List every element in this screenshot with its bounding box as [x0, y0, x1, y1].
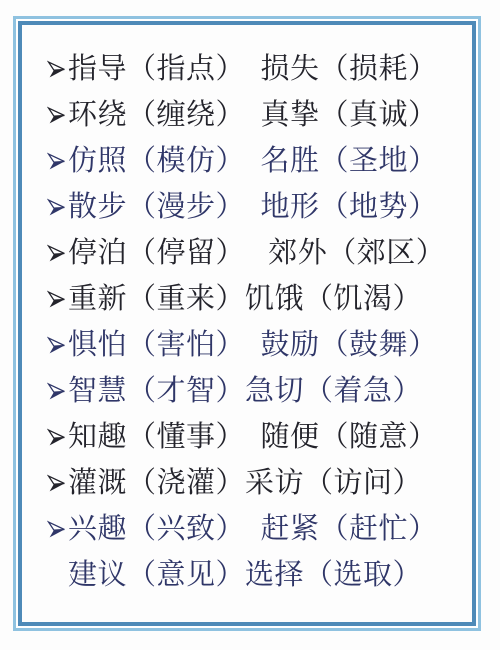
synonym-row: 仿照（模仿） 名胜（圣地） — [47, 138, 466, 184]
synonym-pair-text: 知趣（懂事） 随便（随意） — [68, 423, 438, 452]
synonym-row: 知趣（懂事） 随便（随意） — [47, 414, 466, 460]
synonym-pair-text: 兴趣（兴致） 赶紧（赶忙） — [68, 515, 438, 544]
synonym-pair-text: 散步（漫步） 地形（地势） — [68, 193, 438, 222]
synonym-row: 指导（指点） 损失（损耗） — [47, 46, 466, 92]
synonym-row: 散步（漫步） 地形（地势） — [47, 184, 466, 230]
outer-frame-border: 指导（指点） 损失（损耗） 环绕（缠绕） 真挚（真诚） 仿照（模仿） 名胜（圣地… — [13, 16, 481, 631]
arrowhead-bullet-icon — [47, 105, 68, 125]
arrowhead-bullet-icon — [47, 519, 68, 539]
arrowhead-bullet-icon — [47, 151, 68, 171]
arrowhead-bullet-icon — [47, 381, 68, 401]
arrowhead-bullet-icon — [47, 59, 68, 79]
synonym-pair-text: 灌溉（浇灌）采访（访问） — [68, 469, 422, 498]
synonym-pair-text: 惧怕（害怕） 鼓励（鼓舞） — [68, 331, 438, 360]
arrowhead-bullet-icon — [47, 335, 68, 355]
synonym-row: 智慧（才智）急切（着急） — [47, 368, 466, 414]
synonym-pair-text: 仿照（模仿） 名胜（圣地） — [68, 147, 438, 176]
arrowhead-bullet-icon — [47, 565, 68, 585]
synonym-pair-text: 建议（意见）选择（选取） — [68, 561, 422, 590]
synonym-pair-text: 指导（指点） 损失（损耗） — [68, 55, 438, 84]
arrowhead-bullet-icon — [47, 289, 68, 309]
arrowhead-bullet-icon — [47, 427, 68, 447]
synonym-list: 指导（指点） 损失（损耗） 环绕（缠绕） 真挚（真诚） 仿照（模仿） 名胜（圣地… — [22, 25, 472, 598]
synonym-row: 建议（意见）选择（选取） — [47, 552, 466, 598]
arrowhead-bullet-icon — [47, 197, 68, 217]
page-canvas: 指导（指点） 损失（损耗） 环绕（缠绕） 真挚（真诚） 仿照（模仿） 名胜（圣地… — [0, 0, 500, 650]
synonym-row: 停泊（停留） 郊外（郊区） — [47, 230, 466, 276]
synonym-row: 兴趣（兴致） 赶紧（赶忙） — [47, 506, 466, 552]
arrowhead-bullet-icon — [47, 243, 68, 263]
inner-frame-border: 指导（指点） 损失（损耗） 环绕（缠绕） 真挚（真诚） 仿照（模仿） 名胜（圣地… — [18, 21, 476, 626]
synonym-row: 环绕（缠绕） 真挚（真诚） — [47, 92, 466, 138]
synonym-pair-text: 重新（重来）饥饿（饥渴） — [68, 285, 422, 314]
synonym-row: 重新（重来）饥饿（饥渴） — [47, 276, 466, 322]
synonym-row: 灌溉（浇灌）采访（访问） — [47, 460, 466, 506]
arrowhead-bullet-icon — [47, 473, 68, 493]
synonym-pair-text: 智慧（才智）急切（着急） — [68, 377, 422, 406]
synonym-row: 惧怕（害怕） 鼓励（鼓舞） — [47, 322, 466, 368]
synonym-pair-text: 环绕（缠绕） 真挚（真诚） — [68, 101, 438, 130]
synonym-pair-text: 停泊（停留） 郊外（郊区） — [68, 239, 445, 268]
